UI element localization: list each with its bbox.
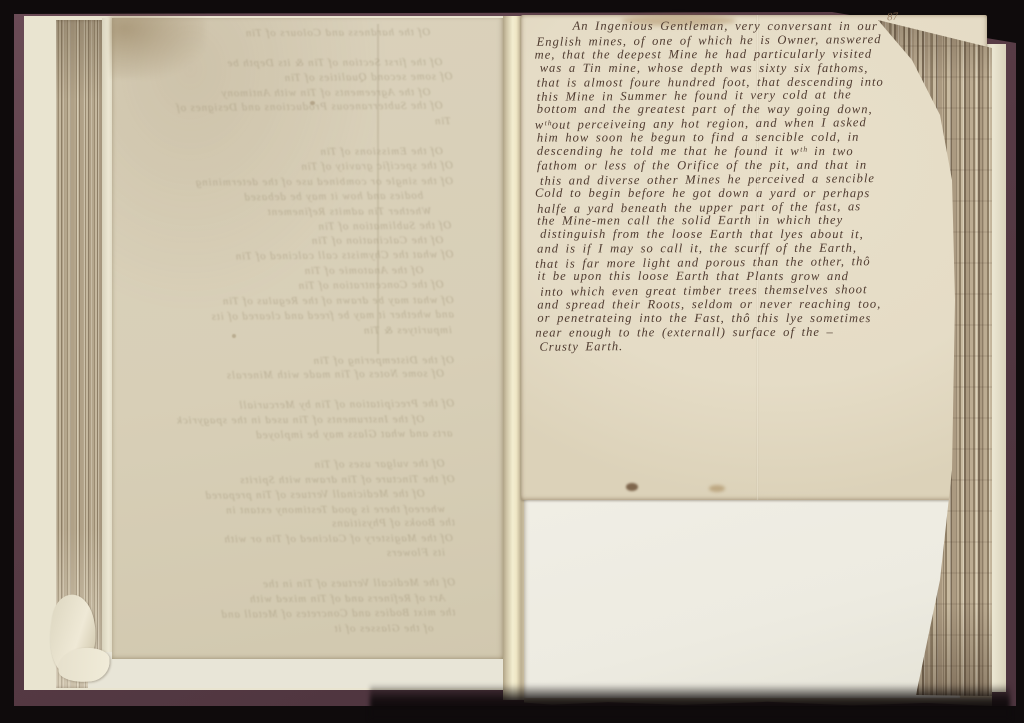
showthrough-line: bodies and how it may be debased <box>131 188 423 206</box>
handwritten-line: Crusty Earth. <box>539 338 989 355</box>
showthrough-line <box>132 337 424 355</box>
handwritten-line: halfe a yard beneath the upper part of t… <box>537 199 989 216</box>
left-page-edges <box>56 20 104 688</box>
showthrough-line: Of the Medicinall Vertues of Tin prepare… <box>133 486 425 504</box>
showthrough-line: and whether it may be freed and cleared … <box>132 307 454 325</box>
ink-stain <box>709 485 725 492</box>
showthrough-line: Of the specific gravity of Tin <box>131 158 453 176</box>
ink-stain <box>626 483 638 491</box>
showthrough-line: Of the Medicall Vertues of Tin in the <box>133 575 455 593</box>
handwritten-line: descending he told me that he found it w… <box>537 145 989 159</box>
showthrough-line: Whether Tin admits Refinement <box>131 204 431 220</box>
handwritten-line: distinguish from the loose Earth that ly… <box>540 228 989 242</box>
showthrough-line: the mixt Bodies and Concretes of Metall … <box>133 605 455 623</box>
showthrough-text: Of the hardness and Colours of TinOf the… <box>130 25 455 659</box>
blank-white-page <box>524 488 960 698</box>
handwritten-line: Cold to begin before he got down a yard … <box>535 186 989 200</box>
bottom-shadow <box>370 684 1010 720</box>
left-page: Of the hardness and Colours of TinOf the… <box>112 17 504 659</box>
handwritten-line: or penetrateing into the Fast, thô this … <box>537 312 989 326</box>
showthrough-line: of the Glasses of it <box>133 621 433 637</box>
showthrough-line: Of the Sublimation of Tin <box>131 218 451 236</box>
showthrough-line <box>130 40 422 58</box>
manuscript-page: 87 An Ingenious Gentleman, very conversa… <box>521 15 987 500</box>
showthrough-line: Of the Concentration of Tin <box>132 278 444 296</box>
showthrough-line: arts and what Glass may be imployed <box>132 427 452 445</box>
manuscript-photo: Of the hardness and Colours of TinOf the… <box>0 0 1024 723</box>
showthrough-line: Of some second Qualities of Tin <box>131 69 453 87</box>
showthrough-line: Of the vulgar uses of Tin <box>133 456 445 474</box>
